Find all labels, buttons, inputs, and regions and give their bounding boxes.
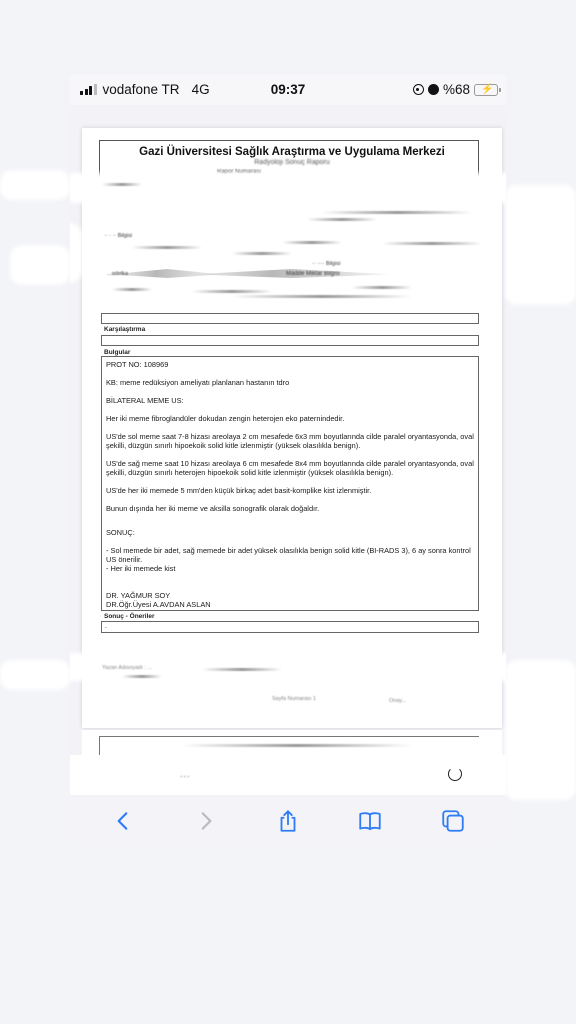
redacted-text (112, 288, 152, 291)
sonuc-oneriler-label: Sonuç - Öneriler (104, 613, 155, 620)
battery-percent: %68 (443, 82, 470, 97)
finding-line: KB: meme redüksiyon ameliyatı planlanan … (106, 378, 474, 387)
phone-screen: vodafone TR 4G 09:37 %68 ⚡ Gazi Üniversi… (70, 75, 506, 845)
redacted-text (102, 183, 142, 186)
karsilastirma-box (101, 335, 479, 346)
signature-line: DR. YAĞMUR SOY (106, 591, 474, 600)
redacted-text (182, 744, 412, 747)
redaction-stroke (70, 223, 82, 283)
chevron-right-icon (193, 808, 219, 834)
conclusion-item: - Sol memede bir adet, sağ memede bir ad… (106, 546, 474, 564)
alarm-icon (428, 84, 439, 95)
redacted-text (382, 242, 482, 245)
chevron-left-icon (110, 808, 136, 834)
finding-line: US'de sağ meme saat 10 hizası areolaya 6… (106, 459, 474, 477)
pdf-page: Gazi Üniversitesi Sağlık Araştırma ve Uy… (82, 128, 502, 728)
findings-box: PROT NO: 108969 KB: meme redüksiyon amel… (101, 356, 479, 611)
redacted-text (202, 668, 282, 671)
finding-line: Bunun dışında her iki meme ve aksilla so… (106, 504, 474, 513)
redacted-label: ·· · ·· Bilgisi (104, 233, 132, 239)
redacted-text (307, 218, 377, 221)
finding-line: PROT NO: 108969 (106, 360, 474, 369)
finding-line: US'de her iki memede 5 mm'den küçük birk… (106, 486, 474, 495)
redacted-text (282, 241, 342, 244)
redacted-text (322, 211, 472, 214)
share-icon (275, 808, 301, 834)
table-label-madde-miktar: Madde Miktar Bilgisi (286, 271, 340, 277)
battery-charging-icon: ⚡ (474, 84, 498, 96)
redaction-stroke (10, 245, 70, 285)
blank-field-box (101, 313, 479, 324)
status-right: %68 ⚡ (413, 82, 498, 97)
karsilastirma-label: Karşılaştırma (104, 326, 145, 333)
browser-toolbar (70, 797, 506, 845)
footer-author: Yazan Adısoyadı : ... (102, 665, 152, 671)
sonuc-oneriler-box: . (101, 621, 479, 633)
footer-page-number: Sayfa Numarası 1 (272, 696, 316, 702)
redacted-band (112, 269, 222, 278)
book-icon (357, 808, 383, 834)
finding-line: US'de sol meme saat 7-8 hizası areolaya … (106, 432, 474, 450)
bookmarks-button[interactable] (350, 805, 390, 837)
redaction-stroke (70, 173, 506, 203)
bulgular-label: Bulgular (104, 349, 130, 356)
charging-bolt-icon: ⚡ (481, 84, 493, 95)
redacted-text (352, 286, 412, 289)
redacted-label: ·· ···· Bilgisi (312, 261, 340, 267)
url-text[interactable]: ... (180, 769, 191, 779)
address-bar[interactable]: ... (70, 755, 506, 795)
redacted-text (192, 290, 272, 293)
back-button[interactable] (103, 805, 143, 837)
redacted-text (132, 246, 202, 249)
report-subtitle: Radyoloji Sonuç Raporu (82, 159, 502, 166)
redaction-stroke (505, 660, 576, 800)
redaction-stroke (0, 660, 70, 690)
conclusion-item: - Her iki memede kist (106, 564, 474, 573)
share-button[interactable] (268, 805, 308, 837)
redacted-text (232, 252, 292, 255)
reload-icon[interactable] (448, 767, 462, 781)
redaction-stroke (0, 170, 70, 200)
signature-line: DR.Öğr.Üyesi A.AVDAN ASLAN (106, 600, 474, 609)
forward-button[interactable] (186, 805, 226, 837)
redaction-stroke (505, 185, 576, 305)
finding-line: BİLATERAL MEME US: (106, 396, 474, 405)
tabs-icon (440, 808, 466, 834)
tabs-button[interactable] (433, 805, 473, 837)
footer-approval: Onay... (389, 698, 406, 704)
table-label-partial: ...adetka (107, 271, 128, 277)
redacted-text (122, 675, 162, 678)
redacted-text (232, 295, 412, 298)
status-bar: vodafone TR 4G 09:37 %68 ⚡ (70, 75, 506, 105)
orientation-lock-icon (413, 84, 424, 95)
conclusion-heading: SONUÇ: (106, 528, 474, 537)
finding-line: Her iki meme fibroglandüler dokudan zeng… (106, 414, 474, 423)
institution-title: Gazi Üniversitesi Sağlık Araştırma ve Uy… (82, 146, 502, 158)
